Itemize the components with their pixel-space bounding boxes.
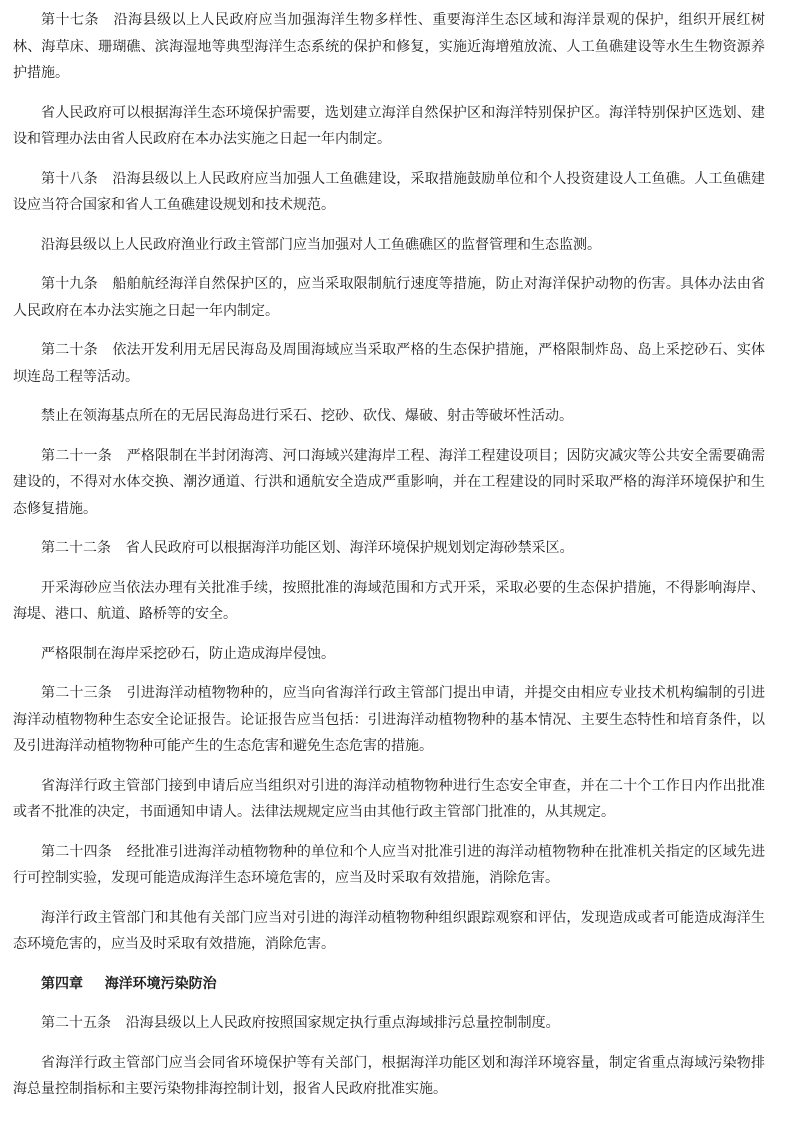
article-number: 第二十二条: [41, 541, 111, 556]
paragraph: 海洋行政主管部门和其他有关部门应当对引进的海洋动植物物种组织跟踪观察和评估，发现…: [13, 906, 765, 959]
chapter-heading: 第四章海洋环境污染防治: [13, 972, 765, 999]
paragraph-text: 沿海县级以上人民政府按照国家规定执行重点海域排污总量控制制度。: [126, 1016, 560, 1031]
paragraph-text: 开采海砂应当依法办理有关批准手续，按照批准的海域范围和方式开采，采取必要的生态保…: [13, 581, 765, 623]
chapter-number: 第四章: [41, 977, 83, 992]
article-number: 第二十五条: [41, 1016, 111, 1031]
article-number: 第二十条: [41, 343, 98, 358]
paragraph-text: 省海洋行政主管部门应当会同省环境保护等有关部门，根据海洋功能区划和海洋环境容量，…: [13, 1056, 765, 1098]
paragraph: 第二十一条严格限制在半封闭海湾、河口海域兴建海岸工程、海洋工程建设项目；因防灾减…: [13, 444, 765, 524]
paragraph-text: 严格限制在半封闭海湾、河口海域兴建海岸工程、海洋工程建设项目；因防灾减灾等公共安…: [13, 449, 765, 517]
article-number: 第十七条: [41, 13, 99, 28]
paragraph: 严格限制在海岸采挖砂石，防止造成海岸侵蚀。: [13, 642, 765, 669]
paragraph: 第二十四条经批准引进海洋动植物物种的单位和个人应当对批准引进的海洋动植物物种在批…: [13, 840, 765, 893]
paragraph: 第十七条沿海县级以上人民政府应当加强海洋生物多样性、重要海洋生态区域和海洋景观的…: [13, 8, 765, 88]
paragraph-text: 严格限制在海岸采挖砂石，防止造成海岸侵蚀。: [41, 647, 335, 662]
paragraph-text: 依法开发利用无居民海岛及周围海域应当采取严格的生态保护措施，严格限制炸岛、岛上采…: [13, 343, 765, 385]
paragraph-text: 沿海县级以上人民政府应当加强海洋生物多样性、重要海洋生态区域和海洋景观的保护，组…: [13, 13, 765, 81]
paragraph-text: 省人民政府可以根据海洋生态环境保护需要，选划建立海洋自然保护区和海洋特别保护区。…: [13, 106, 765, 148]
paragraph-text: 省海洋行政主管部门接到申请后应当组织对引进的海洋动植物物种进行生态安全审查，并在…: [13, 779, 765, 821]
paragraph-text: 海洋行政主管部门和其他有关部门应当对引进的海洋动植物物种组织跟踪观察和评估，发现…: [13, 911, 765, 953]
paragraph-text: 船舶航经海洋自然保护区的，应当采取限制航行速度等措施，防止对海洋保护动物的伤害。…: [13, 277, 765, 319]
article-number: 第二十三条: [41, 686, 112, 701]
article-number: 第十九条: [41, 277, 98, 292]
paragraph-text: 省人民政府可以根据海洋功能区划、海洋环境保护规划划定海砂禁采区。: [126, 541, 574, 556]
paragraph-text: 禁止在领海基点所在的无居民海岛进行采石、挖砂、砍伐、爆破、射击等破坏性活动。: [41, 409, 573, 424]
paragraph: 省海洋行政主管部门应当会同省环境保护等有关部门，根据海洋功能区划和海洋环境容量，…: [13, 1051, 765, 1104]
paragraph: 第二十五条沿海县级以上人民政府按照国家规定执行重点海域排污总量控制制度。: [13, 1011, 765, 1038]
paragraph: 第十九条船舶航经海洋自然保护区的，应当采取限制航行速度等措施，防止对海洋保护动物…: [13, 272, 765, 325]
paragraph: 省海洋行政主管部门接到申请后应当组织对引进的海洋动植物物种进行生态安全审查，并在…: [13, 774, 765, 827]
paragraph-text: 沿海县级以上人民政府渔业行政主管部门应当加强对人工鱼礁礁区的监督管理和生态监测。: [41, 238, 601, 253]
paragraph: 开采海砂应当依法办理有关批准手续，按照批准的海域范围和方式开采，采取必要的生态保…: [13, 576, 765, 629]
paragraph-text: 经批准引进海洋动植物物种的单位和个人应当对批准引进的海洋动植物物种在批准机关指定…: [13, 845, 765, 887]
paragraph: 禁止在领海基点所在的无居民海岛进行采石、挖砂、砍伐、爆破、射击等破坏性活动。: [13, 404, 765, 431]
paragraph: 第二十条依法开发利用无居民海岛及周围海域应当采取严格的生态保护措施，严格限制炸岛…: [13, 338, 765, 391]
document-body: 第十七条沿海县级以上人民政府应当加强海洋生物多样性、重要海洋生态区域和海洋景观的…: [13, 8, 765, 1104]
paragraph-text: 引进海洋动植物物种的，应当向省海洋行政主管部门提出申请，并提交由相应专业技术机构…: [13, 686, 765, 754]
paragraph: 省人民政府可以根据海洋生态环境保护需要，选划建立海洋自然保护区和海洋特别保护区。…: [13, 101, 765, 154]
article-number: 第十八条: [41, 172, 98, 187]
chapter-title-text: 海洋环境污染防治: [105, 977, 217, 992]
paragraph-text: 沿海县级以上人民政府应当加强人工鱼礁建设，采取措施鼓励单位和个人投资建设人工鱼礁…: [13, 172, 765, 214]
paragraph: 沿海县级以上人民政府渔业行政主管部门应当加强对人工鱼礁礁区的监督管理和生态监测。: [13, 233, 765, 260]
paragraph: 第二十三条引进海洋动植物物种的，应当向省海洋行政主管部门提出申请，并提交由相应专…: [13, 681, 765, 761]
paragraph: 第十八条沿海县级以上人民政府应当加强人工鱼礁建设，采取措施鼓励单位和个人投资建设…: [13, 167, 765, 220]
article-number: 第二十四条: [41, 845, 112, 860]
article-number: 第二十一条: [41, 449, 112, 464]
document-page: 第十七条沿海县级以上人民政府应当加强海洋生物多样性、重要海洋生态区域和海洋景观的…: [0, 0, 793, 1122]
paragraph: 第二十二条省人民政府可以根据海洋功能区划、海洋环境保护规划划定海砂禁采区。: [13, 536, 765, 563]
